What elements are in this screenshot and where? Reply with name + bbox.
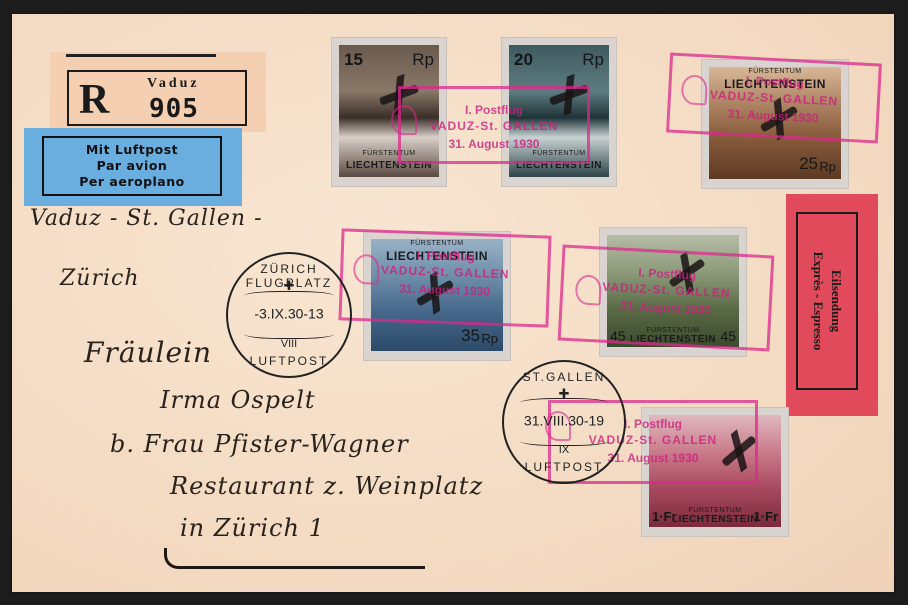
handwritten-address-2: Irma Ospelt — [160, 386, 316, 414]
registration-box: R Vaduz 905 — [67, 70, 247, 126]
express-line-1: Eilsendung — [827, 252, 845, 351]
handwritten-address-4: Restaurant z. Weinplatz — [170, 472, 483, 500]
label-strip — [66, 54, 216, 57]
handwritten-address-3: b. Frau Pfister-Wagner — [110, 430, 409, 458]
postmark-service: LUFTPOST — [504, 460, 624, 474]
handwritten-route: Vaduz - St. Gallen - — [30, 206, 263, 231]
postmark-date: -3.IX.30-13 — [228, 305, 350, 321]
express-line-2: Exprès - Espresso — [809, 252, 827, 351]
cachet-line-1: I. Postflug — [401, 103, 587, 117]
flight-cachet: I. Postflug VADUZ-St. GALLEN 31. August … — [558, 245, 775, 352]
postmark-st-gallen: ST.GALLEN ✚ 31.VIII.30-19 IX LUFTPOST — [502, 360, 626, 484]
handwritten-address-1: Fräulein — [84, 336, 212, 369]
registration-letter: R — [79, 76, 109, 124]
stamp-value: 15 — [344, 50, 363, 70]
stamp-unit: Rp — [481, 331, 498, 346]
flight-cachet: I. Postflug VADUZ-St. GALLEN 31. August … — [666, 53, 882, 144]
airmail-label: Mit Luftpost Par avion Per aeroplano — [24, 128, 242, 206]
stamp-unit: Rp — [412, 50, 434, 70]
stamp-value: 25 — [799, 154, 818, 174]
stamp-country-small: FÜRSTENTUM — [642, 507, 788, 514]
postmark-code: VIII — [228, 338, 350, 350]
flight-cachet: I. Postflug VADUZ-St. GALLEN 31. August … — [338, 228, 551, 327]
postmark-zurich: ZÜRICH FLUGPLATZ ✚ -3.IX.30-13 VIII LUFT… — [226, 252, 352, 378]
stamp-value: 20 — [514, 50, 533, 70]
postmark-location: ST.GALLEN — [504, 370, 624, 384]
postmark-service: LUFTPOST — [228, 354, 350, 368]
postmark-date: 31.VIII.30-19 — [504, 412, 624, 428]
postmark-code: IX — [504, 444, 624, 456]
registration-office: Vaduz — [147, 76, 200, 92]
express-text: Eilsendung Exprès - Espresso — [809, 252, 845, 351]
handwritten-address-5: in Zürich 1 — [180, 514, 325, 542]
airmail-box: Mit Luftpost Par avion Per aeroplano — [42, 136, 222, 196]
stamp-country: LIECHTENSTEIN — [642, 514, 788, 525]
cachet-line-3: 31. August 1930 — [401, 137, 587, 151]
stamp-unit: Rp — [819, 159, 836, 174]
airmail-line-it: Per aeroplano — [79, 174, 184, 190]
registration-number: 905 — [149, 94, 199, 124]
airmail-line-de: Mit Luftpost — [86, 142, 178, 158]
stamp-unit: Rp — [582, 50, 604, 70]
cachet-line-2: VADUZ-St. GALLEN — [401, 119, 587, 133]
express-box: Eilsendung Exprès - Espresso — [796, 212, 858, 390]
handwritten-route-2: Zürich — [60, 266, 140, 291]
flight-cachet: I. Postflug VADUZ-St. GALLEN 31. August … — [398, 86, 590, 164]
handwritten-underline — [164, 548, 425, 569]
express-label: Eilsendung Exprès - Espresso — [786, 194, 878, 416]
airmail-line-fr: Par avion — [97, 158, 168, 174]
registration-label: R Vaduz 905 — [50, 52, 266, 132]
cachet-line-3: 31. August 1930 — [342, 279, 546, 300]
stamp-value: 35 — [461, 326, 480, 346]
